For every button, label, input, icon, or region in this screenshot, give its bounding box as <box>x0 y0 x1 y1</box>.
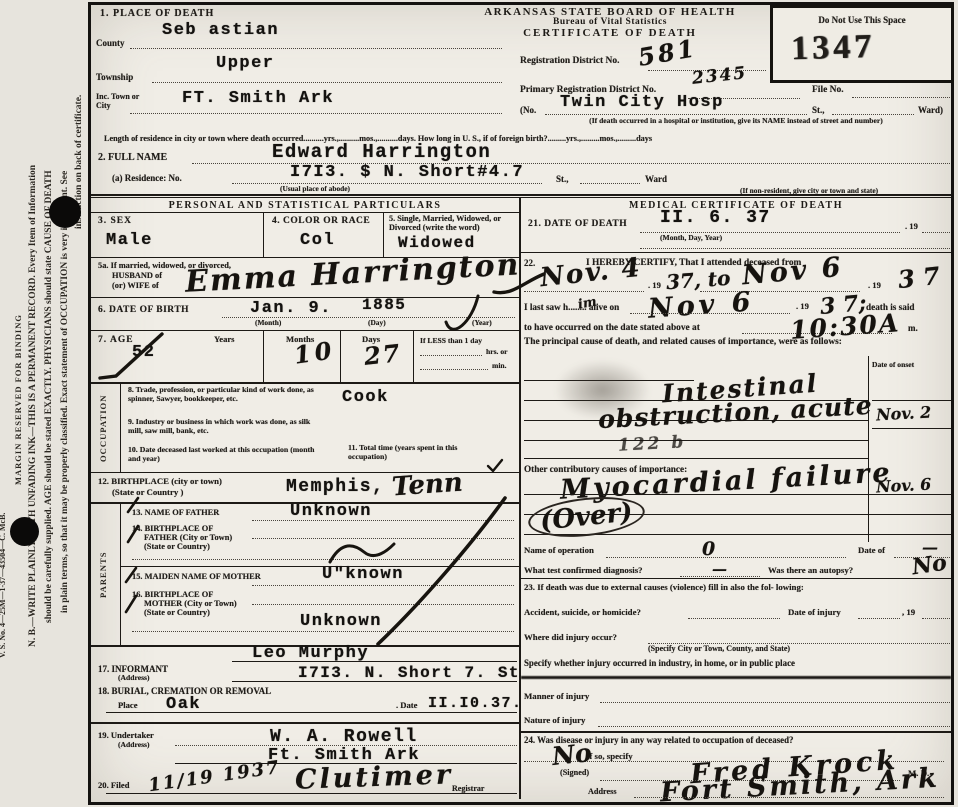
ward-label: Ward) <box>918 105 943 115</box>
certificate-number-stamp: 1347 <box>791 26 958 69</box>
burial-date-label: . Date <box>396 701 417 711</box>
certificate-title: CERTIFICATE OF DEATH <box>450 27 770 39</box>
date-of-death-label: 21. DATE OF DEATH <box>528 219 627 230</box>
mother-name-value: U"known <box>322 565 404 584</box>
age-years-label: Years <box>214 335 235 345</box>
occupation-item8-value: Cook <box>342 388 389 407</box>
undertaker-address-label: (Address) <box>118 741 150 750</box>
township-label: Township <box>96 72 133 82</box>
last-saw-year-print: . 19 <box>796 302 809 312</box>
last-saw-im-hand: im <box>577 294 598 312</box>
occupation-item10-label: 10. Date deceased last worked at this oc… <box>128 446 323 463</box>
occupation-item8-label: 8. Trade, profession, or particular kind… <box>128 386 323 403</box>
date-of-death-value: II. 6. 37 <box>660 208 771 228</box>
informant-address-label: (Address) <box>118 674 150 683</box>
occupation-item9-label: 9. Industry or business in which work wa… <box>128 418 323 435</box>
race-value: Col <box>300 231 335 250</box>
dob-sub-day: (Day) <box>368 319 386 327</box>
autopsy-label: Was there an autopsy? <box>768 566 853 576</box>
last-saw-line: I last saw h........ alive on <box>524 302 619 312</box>
mother-birthplace-label-3: (State or Country) <box>144 608 210 617</box>
hospital-no-label: (No. <box>520 105 536 115</box>
county-label: County <box>96 38 125 48</box>
autopsy-value: No <box>910 550 948 581</box>
cause-code: 122 b <box>618 432 687 456</box>
dob-sub-year: (Year) <box>472 319 492 327</box>
margin-nb-line: N. B.—WRITE PLAINLY, WITH UNFADING INK—T… <box>28 12 38 800</box>
mother-birthplace-label-2: MOTHER (City or Town) <box>144 599 237 608</box>
hospital-note: (If death occurred in a hospital or inst… <box>520 117 952 126</box>
place-of-death-heading: 1. PLACE OF DEATH <box>100 8 214 19</box>
filed-label: 20. Filed <box>98 781 130 791</box>
residence-st-label: St., <box>556 174 569 184</box>
date-of-onset-header: Date of onset <box>872 361 914 370</box>
occupation-side-label: OCCUPATION <box>98 388 108 468</box>
margin-line4: in plain terms, so that it may be proper… <box>60 12 70 772</box>
dob-year-value: 1885 <box>362 296 406 314</box>
mother-name-label: 15. MAIDEN NAME OF MOTHER <box>132 572 261 581</box>
occupation-item11-label: 11. Total time (years spent in this occu… <box>348 444 488 461</box>
age-days-value: 27 <box>363 338 403 371</box>
full-name-value: Edward Harrington <box>272 141 491 163</box>
operation-date-label: Date of <box>858 546 885 556</box>
town-value: FT. Smith Ark <box>182 89 334 108</box>
where-injury-note: (Specify City or Town, County, and State… <box>648 645 790 654</box>
cause-onset-date: Nov. 2 <box>876 403 932 425</box>
parents-side-label: PARENTS <box>98 530 108 620</box>
injury-date-year: , 19 <box>902 608 915 618</box>
birthplace-value-hand: Tenn <box>391 468 464 503</box>
date-of-death-year-print: . 19 <box>905 222 918 232</box>
father-birthplace-label-3: (State or Country) <box>144 542 210 551</box>
margin-line3: should be carefully supplied. AGE should… <box>44 12 54 782</box>
residence-value: I7I3. $ N. Short#4.7 <box>290 163 524 182</box>
punch-hole-top <box>49 196 81 228</box>
county-value: Seb astian <box>162 21 279 40</box>
injury-date-label: Date of injury <box>788 608 841 618</box>
manner-of-injury-label: Manner of injury <box>524 692 589 702</box>
margin-binding-note: MARGIN RESERVED FOR BINDING <box>13 270 23 530</box>
principal-cause-line: The principal cause of death, and relate… <box>524 337 948 348</box>
date-of-death-sub: (Month, Day, Year) <box>660 234 722 243</box>
township-value: Upper <box>216 54 275 73</box>
nature-of-injury-label: Nature of injury <box>524 716 585 726</box>
item23-line: 23. If death was due to external causes … <box>524 583 948 593</box>
age-months-value: 10 <box>292 335 337 369</box>
residence-label: (a) Residence: No. <box>112 173 182 183</box>
abode-note: (Usual place of abode) <box>280 185 350 193</box>
dob-label: 6. DATE OF BIRTH <box>98 305 189 316</box>
stamp-box: Do Not Use This Space 1347 <box>770 5 954 83</box>
marital-label: 5. Single, Married, Widowed, or Divorced… <box>389 214 517 232</box>
age-less-label: If LESS than 1 day <box>420 337 482 346</box>
informant-address-value: I7I3. N. Short 7. St <box>298 664 520 682</box>
test-label: What test confirmed diagnosis? <box>524 566 643 576</box>
operation-label: Name of operation <box>524 546 594 556</box>
birthplace-label-2: (State or Country ) <box>112 488 183 498</box>
full-name-label: 2. FULL NAME <box>98 152 167 163</box>
age-min-label: min. <box>492 362 507 371</box>
attended-from-year-print: . 19 <box>648 281 661 291</box>
personal-section-title: PERSONAL AND STATISTICAL PARTICULARS <box>91 200 519 211</box>
sex-label: 3. SEX <box>98 216 132 227</box>
attended-to-year-print: . 19 <box>868 281 881 291</box>
dob-sub-month: (Month) <box>255 319 281 327</box>
accident-label: Accident, suicide, or homicide? <box>524 608 641 618</box>
occupation-related-value: No <box>551 738 593 771</box>
registrar-signature: Clutimer <box>295 759 454 795</box>
sex-value: Male <box>106 231 153 250</box>
spouse-label-3: (or) WIFE of <box>112 281 159 290</box>
birthplace-label-1: 12. BIRTHPLACE (city or town) <box>98 477 222 487</box>
father-birthplace-label-2: FATHER (City or Town) <box>144 533 232 542</box>
birthplace-value-typed: Memphis, <box>286 477 384 497</box>
age-label: 7. AGE <box>98 335 134 346</box>
margin-print-code: V. S. No. 4—25M—1-37—43504—C. McB. <box>0 370 7 800</box>
street-label: St., <box>812 105 825 115</box>
age-hrs-label: hrs. or <box>486 348 508 357</box>
occurred-line: to have occurred on the date stated abov… <box>524 323 700 334</box>
spouse-label-2: HUSBAND of <box>112 271 162 280</box>
registration-district-label: Registration District No. <box>520 56 619 67</box>
occurred-m-label: m. <box>908 323 918 333</box>
item22-number: 22. <box>524 258 535 268</box>
attended-to-year-hand: 3 7 <box>897 261 942 294</box>
burial-place-label: Place <box>118 701 138 711</box>
age-years-value: 52 <box>132 343 155 362</box>
where-injury-label: Where did injury occur? <box>524 633 617 643</box>
burial-date-value: II.I0.37. <box>428 695 523 712</box>
mother-birthplace-label-1: 16. BIRTHPLACE OF <box>132 590 213 599</box>
stamp-box-label: Do Not Use This Space <box>773 15 951 25</box>
bureau-subtitle: Bureau of Vital Statistics <box>450 17 770 27</box>
address-label: Address <box>588 787 617 796</box>
residence-ward-label: Ward <box>645 174 667 184</box>
length-of-residence-line: Length of residence in city or town wher… <box>104 134 952 143</box>
margin-line5: instruction on back of certificate. <box>74 12 84 312</box>
specify-injury-line: Specify whether injury occurred in indus… <box>524 659 795 669</box>
town-label-2: City <box>96 102 111 111</box>
mother-birthplace-value: Unknown <box>300 612 382 631</box>
file-no-label: File No. <box>812 85 844 96</box>
race-label: 4. COLOR OR RACE <box>272 216 370 227</box>
death-certificate-scan: V. S. No. 4—25M—1-37—43504—C. McB. MARGI… <box>0 0 958 807</box>
punch-hole-bottom <box>10 517 39 546</box>
father-name-label: 13. NAME OF FATHER <box>132 508 219 517</box>
hospital-name-value: Twin City Hosp <box>560 93 724 112</box>
father-birthplace-label-1: 14. BIRTHPLACE OF <box>132 524 213 533</box>
